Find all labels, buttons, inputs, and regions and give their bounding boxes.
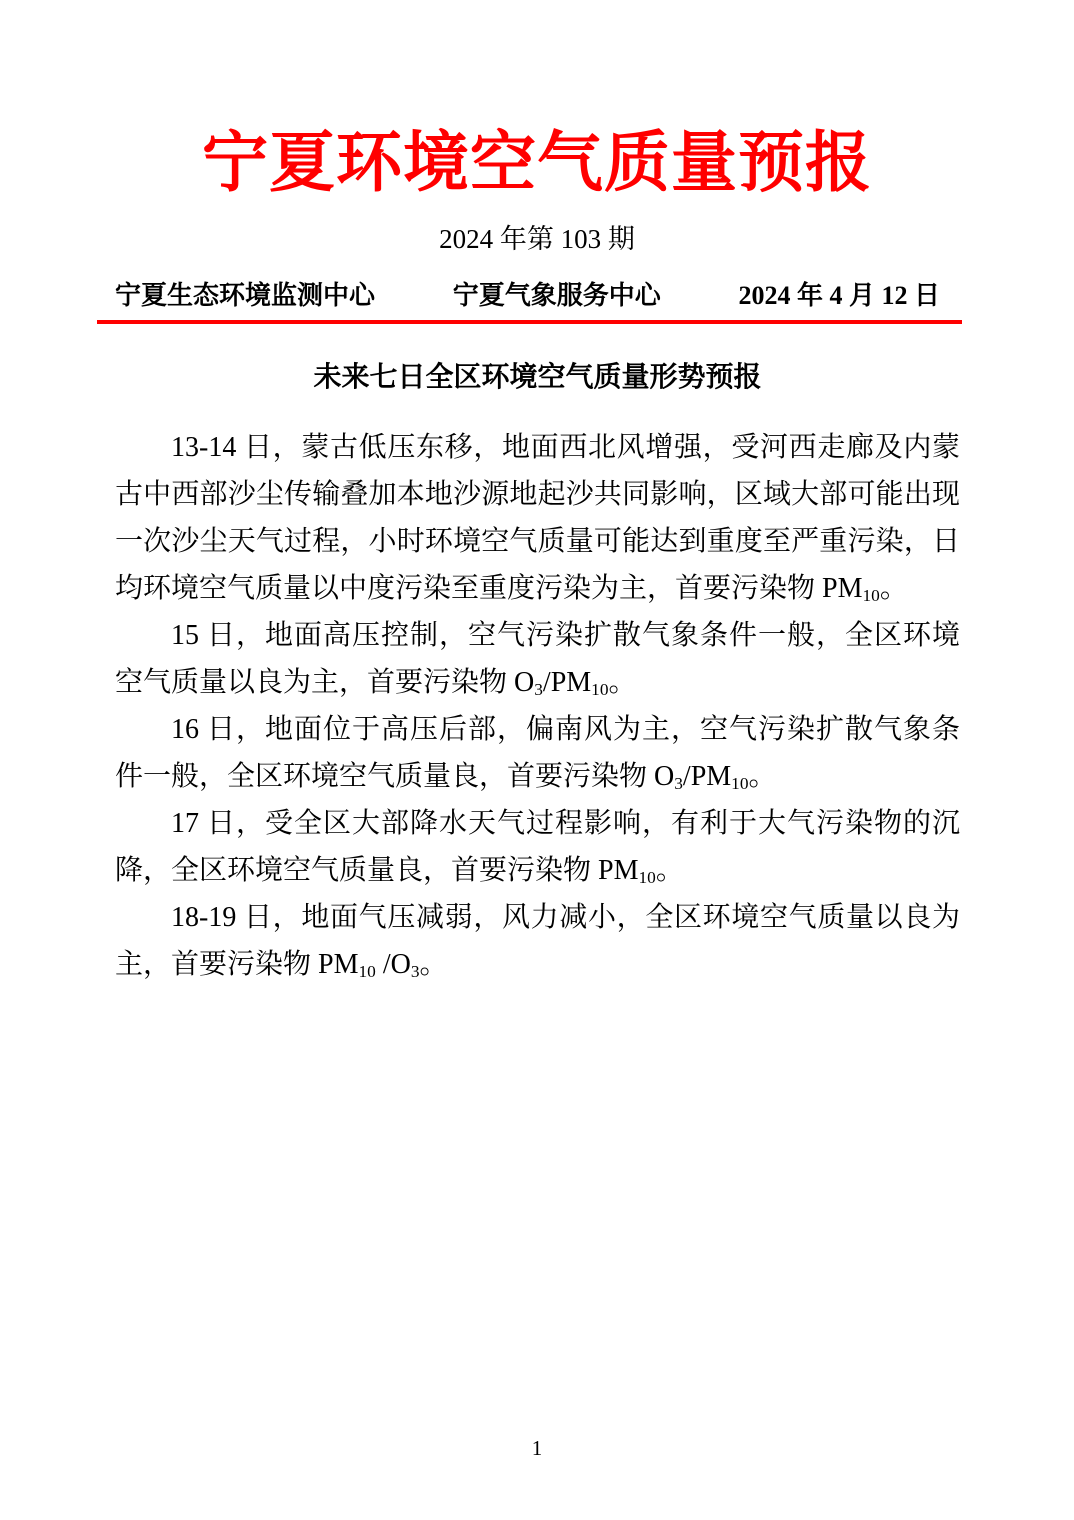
doc-title: 宁夏环境空气质量预报 [0, 118, 1074, 210]
subscript: 3 [534, 680, 543, 699]
paragraph: 18-19 日，地面气压减弱，风力减小，全区环境空气质量以良为主，首要污染物 P… [115, 894, 960, 988]
body-paragraphs: 13-14 日，蒙古低压东移，地面西北风增强，受河西走廊及内蒙古中西部沙尘传输叠… [115, 424, 960, 988]
issue-number: 2024 年第 103 期 [0, 222, 1074, 256]
header-rule [97, 320, 962, 324]
subscript: 10 [591, 680, 608, 699]
section-title: 未来七日全区环境空气质量形势预报 [115, 360, 960, 396]
subscript: 10 [862, 586, 879, 605]
document-page: 宁夏环境空气质量预报 2024 年第 103 期 宁夏生态环境监测中心 宁夏气象… [0, 0, 1074, 1520]
paragraph: 17 日，受全区大部降水天气过程影响，有利于大气污染物的沉降，全区环境空气质量良… [115, 800, 960, 894]
masthead-row: 宁夏生态环境监测中心 宁夏气象服务中心 2024 年 4 月 12 日 [115, 280, 960, 312]
org-center: 宁夏气象服务中心 [453, 280, 661, 312]
paragraph: 16 日，地面位于高压后部，偏南风为主，空气污染扩散气象条件一般，全区环境空气质… [115, 706, 960, 800]
subscript: 10 [731, 774, 748, 793]
subscript: 3 [674, 774, 683, 793]
subscript: 3 [411, 962, 420, 981]
content-area: 宁夏生态环境监测中心 宁夏气象服务中心 2024 年 4 月 12 日 未来七日… [115, 280, 960, 988]
org-left: 宁夏生态环境监测中心 [115, 280, 375, 312]
paragraph: 13-14 日，蒙古低压东移，地面西北风增强，受河西走廊及内蒙古中西部沙尘传输叠… [115, 424, 960, 612]
issue-date: 2024 年 4 月 12 日 [738, 280, 940, 312]
paragraph: 15 日，地面高压控制，空气污染扩散气象条件一般，全区环境空气质量以良为主，首要… [115, 612, 960, 706]
subscript: 10 [358, 962, 375, 981]
subscript: 10 [638, 868, 655, 887]
page-number: 1 [0, 1436, 1074, 1461]
